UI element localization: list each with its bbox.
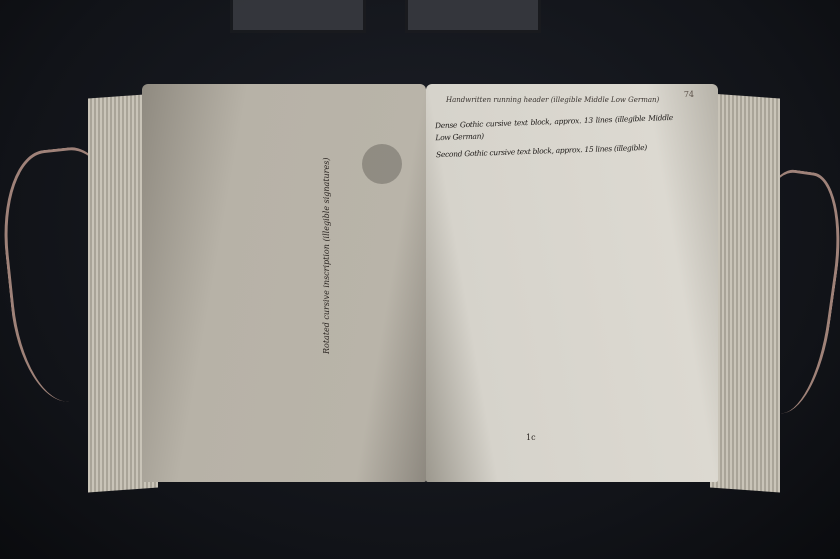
window-reflection-right — [405, 0, 541, 33]
running-header: Handwritten running header (illegible Mi… — [446, 96, 659, 104]
left-page: Rotated cursive inscription (illegible s… — [142, 84, 426, 482]
foot-mark: 1c — [526, 433, 536, 442]
manuscript-text: Dense Gothic cursive text block, approx.… — [435, 112, 683, 420]
left-page-inscription: Rotated cursive inscription (illegible s… — [322, 144, 331, 354]
page-edges-right — [710, 94, 780, 493]
paragraph-2: Second Gothic cursive text block, approx… — [436, 141, 674, 161]
window-reflection-left — [230, 0, 366, 33]
paragraph-1: Dense Gothic cursive text block, approx.… — [435, 112, 674, 143]
folio-number: 74 — [684, 90, 694, 99]
manuscript-book: Rotated cursive inscription (illegible s… — [88, 78, 780, 490]
right-page: Handwritten running header (illegible Mi… — [426, 84, 718, 482]
page-stain — [362, 144, 402, 184]
